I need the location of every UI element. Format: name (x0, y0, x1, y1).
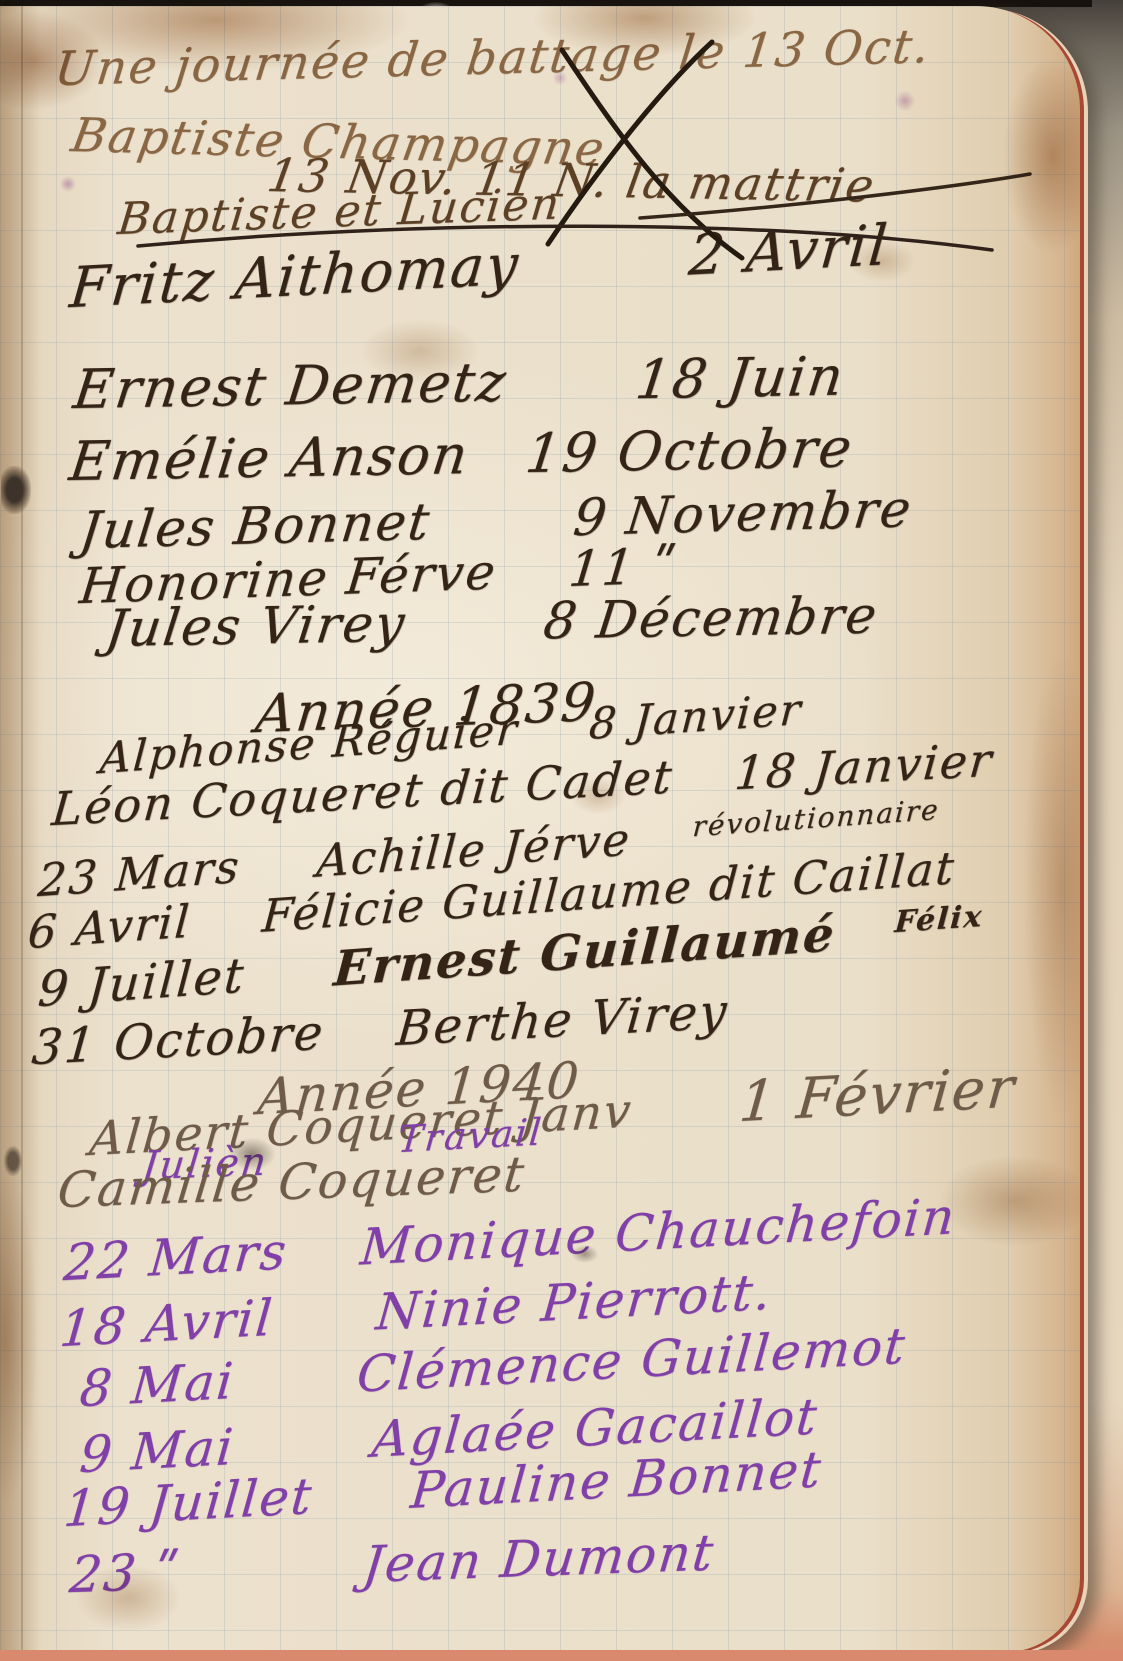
binding-thread (4, 1146, 22, 1176)
binding-shade (0, 6, 40, 1652)
entry-date: 2 Avril (686, 213, 891, 289)
entry-name: Jules Virey (102, 595, 409, 659)
entry-date: 18 Juin (632, 344, 848, 411)
page-block-bottom-edge (0, 1650, 1123, 1661)
entry-name: Emélie Anson (66, 423, 473, 493)
entry-date: 9 Novembre (570, 480, 915, 548)
notebook-page: Une journée de battage le 13 Oct. Baptis… (0, 6, 1080, 1652)
entry-date: 23 ʺ (67, 1542, 184, 1604)
entry-note: Félix (893, 899, 984, 940)
entry-date: 8 Mai (77, 1352, 237, 1418)
binding-fold-line (21, 6, 23, 1652)
notebook-scan: Une journée de battage le 13 Oct. Baptis… (0, 0, 1123, 1661)
entry-date: 8 Décembre (540, 586, 881, 651)
entry-date: 22 Mars (61, 1222, 290, 1292)
entry-date: 11 ʺ (566, 537, 680, 598)
entry-date: 18 Avril (57, 1289, 276, 1359)
binding-stitch-hole (1, 466, 31, 514)
entry-name: Ernest Demetz (70, 350, 511, 421)
entry-date: 19 Octobre (522, 416, 857, 485)
